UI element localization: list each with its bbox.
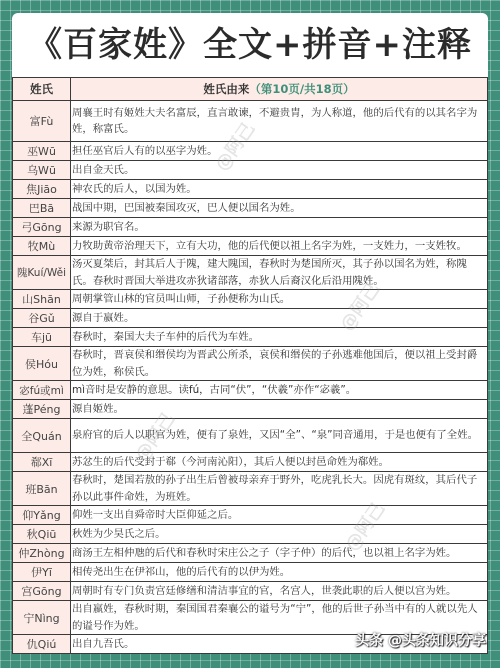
surname-cell: 伊Yī <box>13 563 71 582</box>
page-title: 《百家姓》全文+拼音+注释 <box>12 19 488 71</box>
origin-cell: 泉府官的后人以职官为姓，便有了泉姓，又因“全”、“泉”同音通用，于是也便有了全姓… <box>71 419 488 453</box>
table-row: 焦Jiāo神农氏的后人，以国为姓。 <box>13 180 488 199</box>
surname-cell: 弓Gōng <box>13 218 71 237</box>
surname-cell: 班Bān <box>13 472 71 506</box>
table-row: 巴Bā战国中期，巴国被秦国攻灭，巴人便以国名为姓。 <box>13 199 488 218</box>
table-row: 班Bān春秋时，楚国若敖的孙子出生后曾被母亲弃于野外，吃虎乳长大。因虎有斑纹，其… <box>13 472 488 506</box>
table-row: 宫Gōng周朝时有专门负责宫廷修缮和清洁事宜的官，名宫人，世袭此职的后人便以宫为… <box>13 582 488 601</box>
table-row: 秋Qiū秋姓为少昊氏之后。 <box>13 525 488 544</box>
surname-cell: 秋Qiū <box>13 525 71 544</box>
table-row: 富Fù周襄王时有姬姓大夫名富辰，直言敢谏，不避贵胄，为人称道，他的后代有的以其名… <box>13 101 488 142</box>
table-row: 车jū春秋时，秦国大夫子车仲的后代为车姓。 <box>13 328 488 347</box>
table-row: 隗Kuí/Wěi汤灭夏桀后，封其后人于隗，建大隗国，春秋时为楚国所灭，其子孙以国… <box>13 256 488 290</box>
surname-cell: 全Quán <box>13 419 71 453</box>
header-origin-label: 姓氏由来 <box>203 82 249 96</box>
origin-cell: 秋姓为少昊氏之后。 <box>71 525 488 544</box>
footer-watermark: 头条 @头条知识分享 <box>355 630 486 650</box>
table-row: 乌Wū出自金天氏。 <box>13 161 488 180</box>
surname-cell: 仇Qiú <box>13 635 71 654</box>
origin-cell: 春秋时，楚国若敖的孙子出生后曾被母亲弃于野外，吃虎乳长大。因虎有斑纹，其后代子孙… <box>71 472 488 506</box>
surname-cell: 牧Mù <box>13 237 71 256</box>
origin-cell: 担任巫官后人有的以巫字为姓。 <box>71 142 488 161</box>
header-origin: 姓氏由来（第10页/共18页） <box>71 78 488 101</box>
origin-cell: 神农氏的后人，以国为姓。 <box>71 180 488 199</box>
surname-table: 姓氏 姓氏由来（第10页/共18页） 富Fù周襄王时有姬姓大夫名富辰，直言敢谏，… <box>12 77 488 654</box>
surname-cell: 山Shān <box>13 290 71 309</box>
surname-cell: 郗Xī <box>13 453 71 472</box>
origin-cell: 力牧助黄帝治理天下，立有大功，他的后代便以祖上名字为姓，一支姓力，一支姓牧。 <box>71 237 488 256</box>
table-row: 郗Xī苏忿生的后代受封于郗（今河南沁阳），其后人便以封邑命姓为郗姓。 <box>13 453 488 472</box>
page-indicator: （第10页/共18页） <box>249 82 354 96</box>
origin-cell: 相传尧出生在伊祁山，他的后代有的以伊为姓。 <box>71 563 488 582</box>
surname-cell: 宫Gōng <box>13 582 71 601</box>
header-surname: 姓氏 <box>13 78 71 101</box>
origin-cell: 周襄王时有姬姓大夫名富辰，直言敢谏，不避贵胄，为人称道，他的后代有的以其名字为姓… <box>71 101 488 142</box>
origin-cell: 春秋时，晋哀侯和缗侯均为晋武公所杀，哀侯和缗侯的子孙逃难他国后，便以祖上受封爵位… <box>71 347 488 381</box>
table-row: 仰Yǎng仰姓一支出自舜帝时大臣仰延之后。 <box>13 506 488 525</box>
table-row: 牧Mù力牧助黄帝治理天下，立有大功，他的后代便以祖上名字为姓，一支姓力，一支姓牧… <box>13 237 488 256</box>
surname-cell: 蓬Péng <box>13 400 71 419</box>
surname-cell: 车jū <box>13 328 71 347</box>
surname-cell: 乌Wū <box>13 161 71 180</box>
origin-cell: 出自金天氏。 <box>71 161 488 180</box>
table-row: 巫Wū担任巫官后人有的以巫字为姓。 <box>13 142 488 161</box>
origin-cell: 周朝掌管山林的官员叫山师，子孙便称为山氏。 <box>71 290 488 309</box>
table-row: 弓Gōng来源为职官名。 <box>13 218 488 237</box>
surname-cell: 仲Zhòng <box>13 544 71 563</box>
origin-cell: 战国中期，巴国被秦国攻灭，巴人便以国名为姓。 <box>71 199 488 218</box>
origin-cell: 苏忿生的后代受封于郗（今河南沁阳），其后人便以封邑命姓为郗姓。 <box>71 453 488 472</box>
table-header-row: 姓氏 姓氏由来（第10页/共18页） <box>13 78 488 101</box>
table-row: 伊Yī相传尧出生在伊祁山，他的后代有的以伊为姓。 <box>13 563 488 582</box>
surname-cell: 富Fù <box>13 101 71 142</box>
origin-cell: 汤灭夏桀后，封其后人于隗，建大隗国，春秋时为楚国所灭，其子孙以国名为姓，称隗氏。… <box>71 256 488 290</box>
surname-cell: 宓fú或mì <box>13 381 71 400</box>
surname-cell: 巫Wū <box>13 142 71 161</box>
content-card: 《百家姓》全文+拼音+注释 姓氏 姓氏由来（第10页/共18页） 富Fù周襄王时… <box>12 13 488 654</box>
surname-cell: 巴Bā <box>13 199 71 218</box>
origin-cell: 源自姬姓。 <box>71 400 488 419</box>
origin-cell: 商汤王左相仲虺的后代和春秋时宋庄公之子（字子仲）的后代，也以祖上名字为姓。 <box>71 544 488 563</box>
table-row: 宓fú或mìmì音时是安静的意思。读fú，古同“伏”，“伏羲”亦作“宓羲”。 <box>13 381 488 400</box>
table-row: 全Quán泉府官的后人以职官为姓，便有了泉姓，又因“全”、“泉”同音通用，于是也… <box>13 419 488 453</box>
origin-cell: 春秋时，秦国大夫子车仲的后代为车姓。 <box>71 328 488 347</box>
table-row: 山Shān周朝掌管山林的官员叫山师，子孙便称为山氏。 <box>13 290 488 309</box>
origin-cell: 仰姓一支出自舜帝时大臣仰延之后。 <box>71 506 488 525</box>
table-row: 侯Hóu春秋时，晋哀侯和缗侯均为晋武公所杀，哀侯和缗侯的子孙逃难他国后，便以祖上… <box>13 347 488 381</box>
table-row: 谷Gǔ源自于嬴姓。 <box>13 309 488 328</box>
table-row: 仲Zhòng商汤王左相仲虺的后代和春秋时宋庄公之子（字子仲）的后代，也以祖上名字… <box>13 544 488 563</box>
table-row: 蓬Péng源自姬姓。 <box>13 400 488 419</box>
origin-cell: 来源为职官名。 <box>71 218 488 237</box>
origin-cell: 源自于嬴姓。 <box>71 309 488 328</box>
surname-cell: 侯Hóu <box>13 347 71 381</box>
origin-cell: 周朝时有专门负责宫廷修缮和清洁事宜的官，名宫人，世袭此职的后人便以宫为姓。 <box>71 582 488 601</box>
surname-cell: 隗Kuí/Wěi <box>13 256 71 290</box>
surname-cell: 仰Yǎng <box>13 506 71 525</box>
surname-cell: 谷Gǔ <box>13 309 71 328</box>
origin-cell: mì音时是安静的意思。读fú，古同“伏”，“伏羲”亦作“宓羲”。 <box>71 381 488 400</box>
surname-cell: 焦Jiāo <box>13 180 71 199</box>
surname-cell: 宁Nìng <box>13 601 71 635</box>
